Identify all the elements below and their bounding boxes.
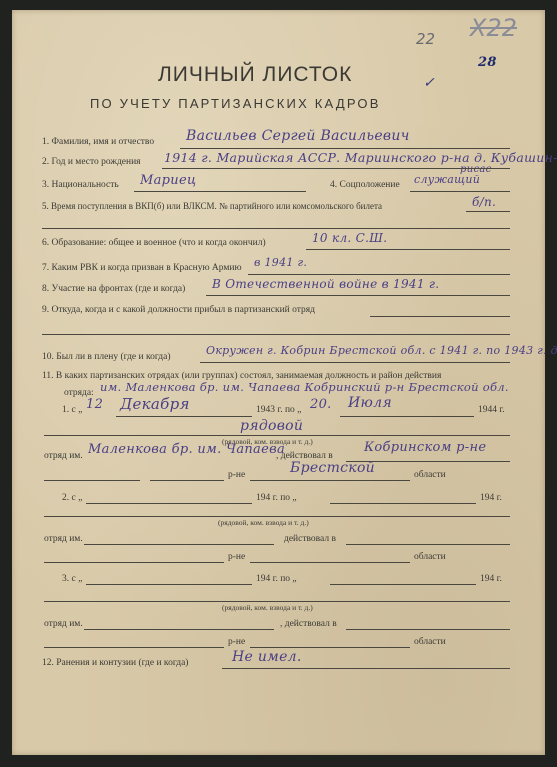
period-1-num: 1. с „	[62, 405, 82, 415]
period-2-to-line	[330, 503, 476, 504]
period-3-deistvoval-line	[346, 629, 510, 630]
period-2-deistvoval-line	[346, 544, 510, 545]
field-4-label: 4. Соцположение	[330, 180, 400, 190]
period-1-position-line	[44, 435, 510, 436]
field-8-line	[206, 295, 510, 296]
period-1-month-from: Декабря	[120, 395, 190, 413]
field-5-line	[466, 211, 510, 212]
period-2-otryad-line	[84, 544, 274, 545]
field-9-label: 9. Откуда, когда и с какой должности при…	[42, 305, 315, 315]
period-1-oblast-line	[250, 480, 410, 481]
period-2-num: 2. с „	[62, 493, 82, 503]
field-6-line	[306, 249, 510, 250]
period-1-from-line	[116, 416, 252, 417]
field-5-line-2	[42, 228, 510, 229]
period-2-from-line	[86, 503, 252, 504]
period-3-otryad-line	[84, 629, 274, 630]
field-12-line	[222, 668, 510, 669]
period-1-year-from: 1943 г. по „	[256, 405, 301, 415]
field-4-value: служащий	[414, 173, 480, 186]
field-3-line	[134, 191, 306, 192]
period-3-num: 3. с „	[62, 574, 82, 584]
field-7-line	[248, 274, 510, 275]
pencil-annotation-22: 22	[416, 30, 435, 48]
field-3-label: 3. Национальность	[42, 180, 119, 190]
period-3-deistvoval-label: , действовал в	[280, 619, 337, 629]
period-1-year-to: 1944 г.	[478, 405, 505, 415]
field-6-label: 6. Образование: общее и военное (что и к…	[42, 238, 266, 248]
period-1-otryad-label: отряд им.	[44, 451, 83, 461]
pencil-annotation-crossed: Х22	[470, 14, 517, 42]
period-3-rne-label: р-не	[228, 637, 245, 647]
field-8-value: В Отечественной войне в 1941 г.	[212, 277, 439, 291]
period-3-year-to: 194 г.	[480, 574, 502, 584]
field-5-value: б/п.	[472, 195, 496, 209]
period-3-oblast-line	[250, 647, 410, 648]
period-2-otryad-label: отряд им.	[44, 534, 83, 544]
field-12-value: Не имел.	[232, 649, 302, 665]
period-2-year-from: 194 г. по „	[256, 493, 297, 503]
field-2-value: 1914 г. Марийская АССР. Мариинского р-на…	[164, 150, 557, 165]
period-2-deistvoval-label: действовал в	[284, 534, 336, 544]
period-2-rne-label: р-не	[228, 552, 245, 562]
period-3-from-line	[86, 584, 252, 585]
field-10-value: Окружен г. Кобрин Брестской обл. с 1941 …	[206, 344, 557, 357]
field-9-line-2	[42, 334, 510, 335]
field-5-label: 5. Время поступления в ВКП(б) или ВЛКСМ.…	[42, 201, 382, 211]
field-7-label: 7. Каким РВК и когда призван в Красную А…	[42, 263, 242, 273]
period-3-otryad-label: отряд им.	[44, 619, 83, 629]
field-1-value: Васильев Сергей Васильевич	[186, 128, 410, 144]
period-1-rne-line-a	[44, 480, 140, 481]
period-2-position-line	[44, 516, 510, 517]
field-12-label: 12. Ранения и контузии (где и когда)	[42, 658, 188, 668]
period-3-year-from: 194 г. по „	[256, 574, 297, 584]
field-7-value: в 1941 г.	[254, 256, 307, 269]
period-2-oblast-label: области	[414, 552, 446, 562]
period-1-month-to: Июля	[348, 395, 392, 411]
field-6-value: 10 кл. С.Ш.	[312, 231, 387, 245]
period-1-day-from: 12	[86, 397, 103, 412]
period-3-position-line	[44, 601, 510, 602]
period-3-oblast-label: области	[414, 637, 446, 647]
field-4-line	[410, 191, 510, 192]
field-8-label: 8. Участие на фронтах (где и когда)	[42, 284, 185, 294]
field-10-line	[200, 362, 510, 363]
period-1-otryad: Маленкова бр. им. Чапаева	[88, 442, 285, 457]
period-1-oblast-label: области	[414, 470, 446, 480]
period-1-rne-label: р-не	[228, 470, 245, 480]
period-2-position-hint: (рядовой, ком. взвода и т. д.)	[218, 518, 309, 527]
field-10-label: 10. Был ли в плену (где и когда)	[42, 352, 171, 362]
field-11-otryady-value: им. Маленкова бр. им. Чапаева Кобринский…	[100, 380, 509, 394]
field-9-line	[370, 316, 510, 317]
period-2-rne-line	[44, 562, 224, 563]
period-1-oblast: Брестской	[290, 460, 375, 476]
field-1-label: 1. Фамилия, имя и отчество	[42, 137, 154, 147]
period-1-position: рядовой	[240, 418, 303, 434]
period-2-year-to: 194 г.	[480, 493, 502, 503]
period-3-position-hint: (рядовой, ком. взвода и т. д.)	[222, 603, 313, 612]
page-title: ЛИЧНЫЙ ЛИСТОК	[158, 63, 352, 87]
check-mark-icon: ✓	[423, 75, 435, 91]
field-2-label: 2. Год и место рождения	[42, 157, 141, 167]
field-1-line	[180, 148, 510, 149]
period-1-rne-line-b	[150, 480, 224, 481]
period-3-to-line	[330, 584, 476, 585]
ink-annotation-28: 28	[478, 55, 497, 70]
period-1-day-to: 20.	[310, 397, 332, 412]
period-1-to-line	[340, 416, 474, 417]
field-2-line	[162, 168, 510, 169]
field-3-value: Мариец	[140, 173, 196, 188]
period-3-rne-line	[44, 647, 224, 648]
period-1-deistvoval: Кобринском р-не	[364, 440, 486, 455]
period-2-oblast-line	[250, 562, 410, 563]
page-subtitle: ПО УЧЕТУ ПАРТИЗАНСКИХ КАДРОВ	[90, 96, 381, 111]
